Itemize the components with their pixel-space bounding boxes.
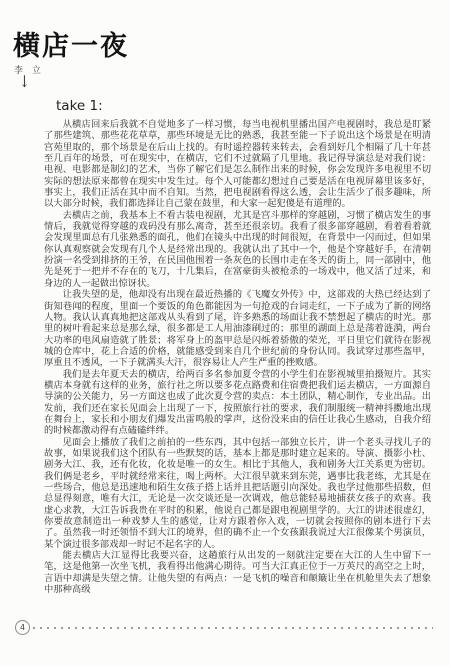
section-heading: take 1: xyxy=(56,98,103,114)
paragraph: 见面会上播放了我们之前拍的一些东西，其中包括一部独立长片，讲一个老头寻找儿子的故… xyxy=(44,437,431,550)
footer-dotted-rule xyxy=(33,627,433,629)
down-arrow-icon: ↓ xyxy=(19,73,30,92)
book-page: 横店一夜 李 立 ↓ take 1: 从横店回来后我就不自觉地多了一样习惯，每当… xyxy=(0,0,450,666)
paragraph: 能去横店大江显得比我要兴奋，这趟旅行从出发的一刻就注定要在大江的人生中留下一笔，… xyxy=(44,550,431,595)
page-number-badge: 4 xyxy=(15,620,30,635)
page-footer: 4 xyxy=(0,618,450,640)
paragraph: 我们是去年夏天去的横店，给两百多名参加夏令营的小学生们在影视城里拍摄短片。其实横… xyxy=(44,369,431,437)
paragraph: 让我失望的是，他却没有出现在最近热播的《飞魔女外传》中，这部戏的大热已经达到了街… xyxy=(44,289,431,368)
paragraph: 从横店回来后我就不自觉地多了一样习惯，每当电视机里播出国产电视剧时，我总是盯紧了… xyxy=(44,119,431,210)
article-title: 横店一夜 xyxy=(13,24,129,63)
paragraph: 去横店之前，我基本上不看古装电视剧，尤其是宫斗那样的穿越剧，习惯了横店发生的事情… xyxy=(44,210,431,289)
article-body: 从横店回来后我就不自觉地多了一样习惯，每当电视机里播出国产电视剧时，我总是盯紧了… xyxy=(44,119,431,595)
